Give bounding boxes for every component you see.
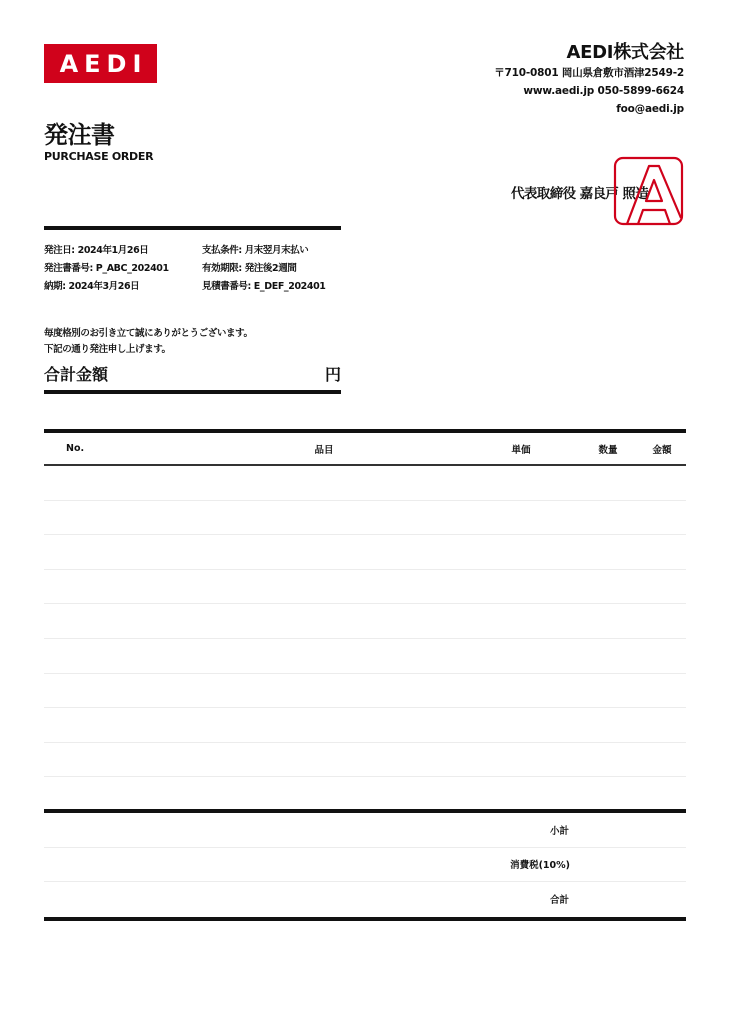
company-logo: AEDI xyxy=(44,44,157,83)
subtotal-row: 小計 xyxy=(44,813,686,848)
company-seal-icon xyxy=(613,156,684,226)
greeting-text: 毎度格別のお引き立て誠にありがとうございます。 下記の通り発注申し上げます。 xyxy=(44,326,253,358)
table-row xyxy=(44,639,686,674)
column-header-no: No. xyxy=(44,443,144,454)
company-name: AEDI株式会社 xyxy=(494,42,684,64)
column-header-amount: 金額 xyxy=(618,442,686,456)
table-row xyxy=(44,570,686,605)
subtotal-label: 小計 xyxy=(44,823,569,837)
greeting-line-2: 下記の通り発注申し上げます。 xyxy=(44,342,253,358)
company-web-phone: www.aedi.jp 050-5899-6624 xyxy=(494,82,684,100)
grand-total-row: 合計 xyxy=(44,882,686,917)
total-amount-currency: 円 xyxy=(325,364,341,386)
title-english: PURCHASE ORDER xyxy=(44,150,153,164)
table-body xyxy=(44,466,686,812)
table-row xyxy=(44,535,686,570)
table-row xyxy=(44,777,686,812)
summary-table: 小計 消費税(10%) 合計 xyxy=(44,809,686,921)
total-divider xyxy=(44,390,341,394)
meta-divider xyxy=(44,226,341,230)
total-amount-label: 合計金額 xyxy=(44,364,108,386)
total-amount: 合計金額 円 xyxy=(44,364,341,386)
table-row xyxy=(44,708,686,743)
quote-number: 見積書番号: E_DEF_202401 xyxy=(202,278,344,296)
company-email: foo@aedi.jp xyxy=(494,100,684,118)
validity-period: 有効期限: 発注後2週間 xyxy=(202,260,344,278)
title-japanese: 発注書 xyxy=(44,121,153,149)
tax-label: 消費税(10%) xyxy=(44,857,570,871)
delivery-date: 納期: 2024年3月26日 xyxy=(44,278,202,296)
column-header-unit-price: 単価 xyxy=(424,442,548,456)
table-row xyxy=(44,466,686,501)
order-meta: 発注日: 2024年1月26日 支払条件: 月末翌月末払い 発注書番号: P_A… xyxy=(44,242,344,296)
items-table: No. 品目 単価 数量 金額 xyxy=(44,429,686,812)
column-header-quantity: 数量 xyxy=(548,442,618,456)
order-date: 発注日: 2024年1月26日 xyxy=(44,242,202,260)
column-header-item: 品目 xyxy=(144,442,424,456)
company-address: 〒710-0801 岡山県倉敷市酒津2549-2 xyxy=(494,64,684,82)
table-row xyxy=(44,604,686,639)
order-number: 発注書番号: P_ABC_202401 xyxy=(44,260,202,278)
grand-total-label: 合計 xyxy=(44,892,569,906)
company-info: AEDI株式会社 〒710-0801 岡山県倉敷市酒津2549-2 www.ae… xyxy=(494,42,684,118)
table-header: No. 品目 単価 数量 金額 xyxy=(44,429,686,466)
document-title: 発注書 PURCHASE ORDER xyxy=(44,121,153,164)
payment-terms: 支払条件: 月末翌月末払い xyxy=(202,242,344,260)
table-row xyxy=(44,501,686,536)
greeting-line-1: 毎度格別のお引き立て誠にありがとうございます。 xyxy=(44,326,253,342)
table-row xyxy=(44,674,686,709)
table-row xyxy=(44,743,686,778)
tax-row: 消費税(10%) xyxy=(44,848,686,883)
